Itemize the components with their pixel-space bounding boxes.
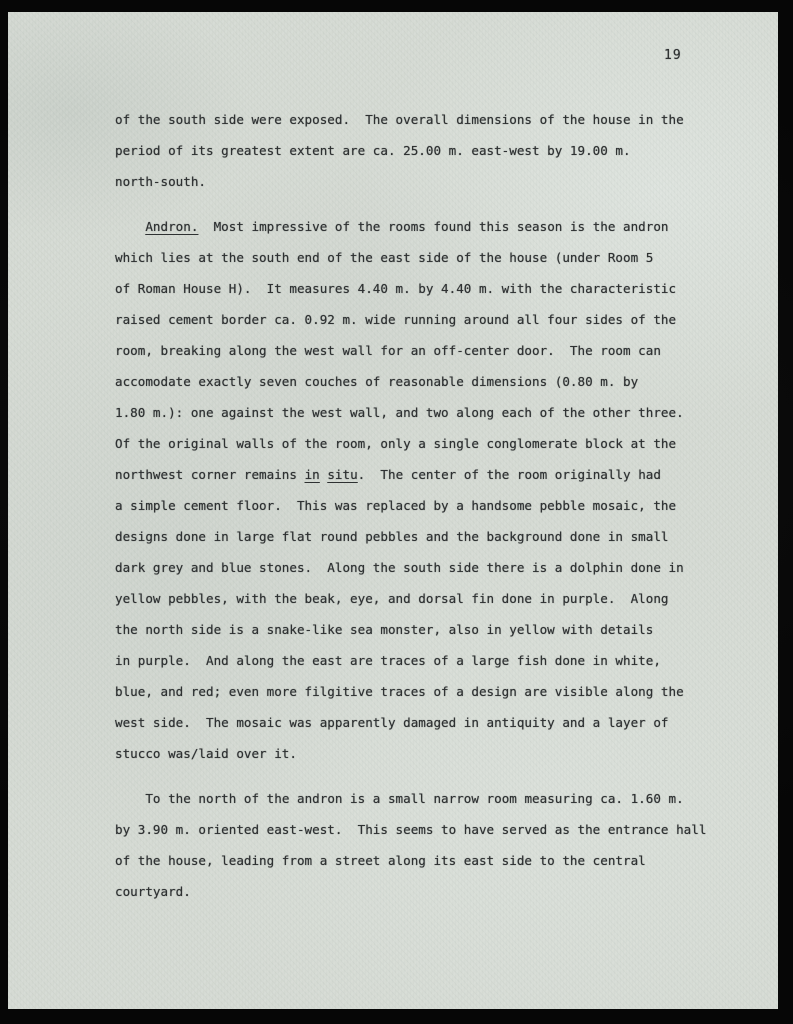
latin-term-situ: situ <box>327 467 357 482</box>
paragraph-entrance-hall: To the north of the andron is a small na… <box>115 783 755 907</box>
scan-background: 19 of the south side were exposed. The o… <box>0 0 793 1024</box>
paragraph-andron: Andron. Most impressive of the rooms fou… <box>115 211 755 769</box>
page-number: 19 <box>664 48 682 63</box>
andron-text-part2: . The center of the room originally had … <box>115 467 684 761</box>
document-body: of the south side were exposed. The over… <box>115 104 755 921</box>
latin-term-in: in <box>305 467 320 482</box>
document-page: 19 of the south side were exposed. The o… <box>8 12 778 1009</box>
paragraph-overall-dimensions: of the south side were exposed. The over… <box>115 104 755 197</box>
andron-heading: Andron. <box>145 219 198 234</box>
paragraph-indent <box>115 219 145 234</box>
andron-text-part1: Most impressive of the rooms found this … <box>115 219 684 482</box>
